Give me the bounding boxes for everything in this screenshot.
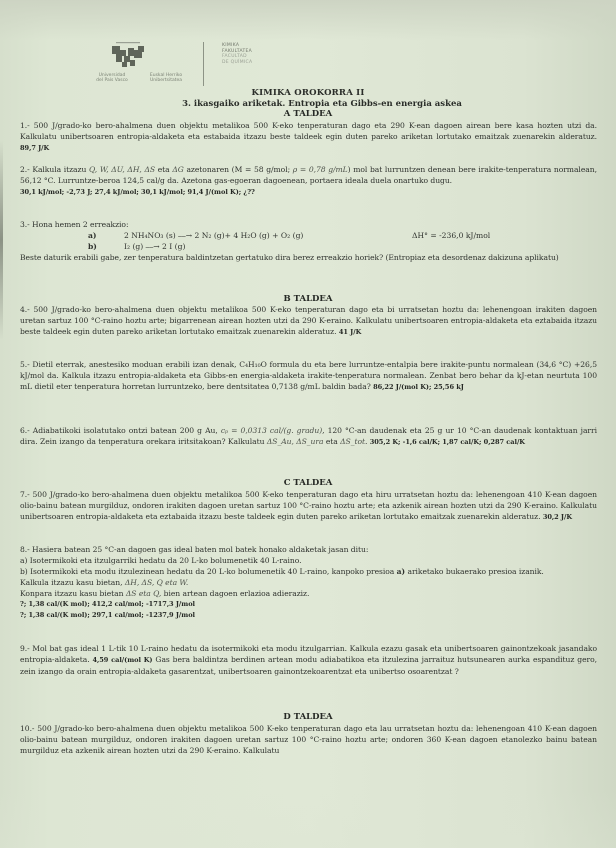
math-variable: ΔG bbox=[172, 165, 183, 174]
logo-caption-basque: Euskal Herriko Unibertsitatea bbox=[138, 73, 194, 83]
caption-line: Unibertsitatea bbox=[138, 78, 194, 83]
math-variables: Q, W, ΔU, ΔH, ΔS bbox=[89, 165, 155, 174]
course-title: KIMIKA OROKORRA II bbox=[0, 88, 616, 98]
exercise-4: 4.- 500 J/grado-ko bero-ahalmena duen ob… bbox=[20, 304, 597, 338]
reaction-label: a) bbox=[88, 230, 97, 241]
exercise-text: 6.- Adiabatikoki isolatutako ontzi batea… bbox=[20, 426, 218, 435]
faculty-name: KIMIKA FAKULTATEA FACULTAD DE QUÍMICA bbox=[222, 43, 252, 65]
exercise-answer: ?; 1,38 cal/(K mol); 412,2 cal/mol; -171… bbox=[20, 599, 597, 610]
exercise-5: 5.- Dietil eterrak, anestesiko moduan er… bbox=[20, 359, 597, 393]
photo-shading-bottom bbox=[0, 790, 616, 848]
exercise-text: 4.- 500 J/grado-ko bero-ahalmena duen ob… bbox=[20, 305, 597, 336]
exercise-answer: ?; 1,38 cal/(K mol); 297,1 cal/mol; -123… bbox=[20, 610, 597, 621]
exercise-answer: 4,59 cal/(mol K) bbox=[92, 656, 152, 664]
reaction-a: a) 2 NH₄NO₃ (s) ⎯⎯→ 2 N₂ (g)+ 4 H₂O (g) … bbox=[88, 230, 608, 241]
exercise-text: Kalkula itzazu kasu bietan, bbox=[20, 578, 122, 587]
exercise-2: 2.- Kalkula itzazu Q, W, ΔU, ΔH, ΔS eta … bbox=[20, 164, 597, 198]
reaction-label: b) bbox=[88, 241, 97, 252]
exercise-3-intro: 3.- Hona hemen 2 erreakzio: bbox=[20, 219, 597, 230]
university-logo-icon bbox=[106, 42, 154, 70]
exercise-ref: a) bbox=[397, 567, 405, 576]
logo-caption-spanish: Universidad del País Vasco bbox=[84, 73, 140, 83]
exercise-text: 8.- Hasiera batean 25 °C-an dagoen gas i… bbox=[20, 544, 597, 555]
exercise-answer: 30,1 kJ/mol; -2,73 J; 27,4 kJ/mol; 30,1 … bbox=[20, 188, 255, 196]
exercise-text: 5.- Dietil eterrak, anestesiko moduan er… bbox=[20, 360, 597, 391]
exercise-text: Beste daturik erabili gabe, zer tenperat… bbox=[20, 252, 597, 263]
math-variables: ΔS eta Q, bbox=[126, 589, 161, 598]
group-title-a: A TALDEA bbox=[0, 109, 616, 119]
math-variable: ΔS_tot bbox=[340, 437, 365, 446]
group-title-c: C TALDEA bbox=[0, 478, 616, 488]
exercise-answer: 89,7 J/K bbox=[20, 144, 49, 152]
math-heat-capacity: cₚ = 0,0313 cal/(g. gradu) bbox=[221, 426, 322, 435]
header-divider bbox=[203, 42, 204, 86]
exercise-answer: 41 J/K bbox=[339, 328, 361, 336]
document-subtitle: 3. ikasgaiko ariketak. Entropia eta Gibb… bbox=[14, 99, 616, 109]
exercise-3-question: Beste daturik erabili gabe, zer tenperat… bbox=[20, 252, 597, 263]
exercise-text: ariketako bukaerako presioa izanik. bbox=[407, 567, 543, 576]
exercise-1: 1.- 500 J/grado-ko bero-ahalmena duen ob… bbox=[20, 120, 597, 154]
exercise-case-a: a) Isotermikoki eta itzulgarriki hedatu … bbox=[20, 555, 597, 566]
reaction-b: b) I₂ (g) ⎯⎯→ 2 I (g) bbox=[88, 241, 608, 252]
exercise-text: eta bbox=[326, 437, 338, 446]
exercise-text: bien artean dagoen erlazioa adieraziz. bbox=[164, 589, 310, 598]
faculty-line: DE QUÍMICA bbox=[222, 60, 252, 66]
photo-page-edge bbox=[0, 140, 3, 340]
exercise-7: 7.- 500 J/grado-ko bero-ahalmena duen ob… bbox=[20, 489, 597, 523]
math-variables: ΔH, ΔS, Q eta W. bbox=[125, 578, 188, 587]
exercise-text: Konpara itzazu kasu bietan bbox=[20, 589, 124, 598]
reaction-equation: I₂ (g) ⎯⎯→ 2 I (g) bbox=[124, 241, 185, 252]
exercise-answer: 86,22 J/(mol K); 25,56 kJ bbox=[373, 383, 464, 391]
exercise-case-b: b) Isotermikoki eta modu itzulezinean he… bbox=[20, 567, 394, 576]
exercise-text: 3.- Hona hemen 2 erreakzio: bbox=[20, 219, 597, 230]
exercise-text: 10.- 500 J/grado-ko bero-ahalmena duen o… bbox=[20, 723, 597, 756]
reaction-enthalpy: ΔH° = -236,0 kJ/mol bbox=[412, 230, 490, 241]
math-density: ρ = 0,78 g/mL bbox=[293, 165, 348, 174]
exercise-10: 10.- 500 J/grado-ko bero-ahalmena duen o… bbox=[20, 723, 597, 756]
exercise-text: azetonaren (M = 58 g/mol; bbox=[186, 165, 290, 174]
exercise-answer: 30,2 J/K bbox=[543, 513, 572, 521]
math-variables: ΔS_Au, ΔS_ura bbox=[267, 437, 324, 446]
exercise-text: 7.- 500 J/grado-ko bero-ahalmena duen ob… bbox=[20, 490, 597, 521]
exercise-9: 9.- Mol bat gas ideal 1 L-tik 10 L-raino… bbox=[20, 643, 597, 677]
exercise-answer: 305,2 K; -1,6 cal/K; 1,87 cal/K; 0,287 c… bbox=[370, 438, 525, 446]
caption-line: del País Vasco bbox=[84, 78, 140, 83]
reaction-equation: 2 NH₄NO₃ (s) ⎯⎯→ 2 N₂ (g)+ 4 H₂O (g) + O… bbox=[124, 230, 303, 241]
exercise-text: 2.- Kalkula itzazu bbox=[20, 165, 86, 174]
exercise-6: 6.- Adiabatikoki isolatutako ontzi batea… bbox=[20, 425, 597, 448]
exercise-text: 1.- 500 J/grado-ko bero-ahalmena duen ob… bbox=[20, 121, 597, 141]
exercise-8: 8.- Hasiera batean 25 °C-an dagoen gas i… bbox=[20, 544, 597, 621]
group-title-b: B TALDEA bbox=[0, 294, 616, 304]
exercise-text: eta bbox=[158, 165, 170, 174]
group-title-d: D TALDEA bbox=[0, 712, 616, 722]
